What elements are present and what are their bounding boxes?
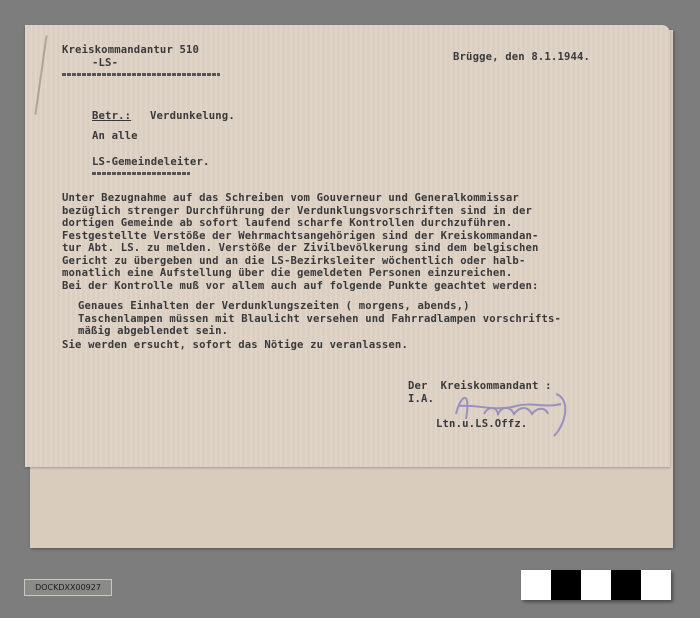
header-department: -LS-	[92, 57, 118, 70]
point-line: Taschenlampen müssen mit Blaulicht verse…	[78, 313, 561, 326]
body-line: Festgestellte Verstöße der Wehrmachtsang…	[62, 230, 539, 243]
body-line: Gericht zu übergeben und an die LS-Bezir…	[62, 255, 526, 268]
signature-block-ia: I.A.	[408, 393, 434, 406]
body-line: monatlich eine Aufstellung über die geme…	[62, 267, 512, 280]
body-line: dortigen Gemeinde ab sofort laufend scha…	[62, 217, 512, 230]
scale-swatch	[581, 570, 611, 600]
place-date: Brügge, den 8.1.1944.	[453, 51, 590, 64]
closing-line: Sie werden ersucht, sofort das Nötige zu…	[62, 339, 408, 352]
recipient-rule	[92, 172, 190, 175]
scale-swatch	[611, 570, 641, 600]
recipient-line-2: LS-Gemeindeleiter.	[92, 156, 210, 169]
body-line: tur Abt. LS. zu melden. Verstöße der Ziv…	[62, 242, 539, 255]
recipient-line-1: An alle	[92, 130, 138, 143]
point-line: Genaues Einhalten der Verdunklungszeiten…	[78, 300, 470, 313]
archive-id-label: DOCKDXX00927	[24, 579, 112, 596]
color-scale-bar	[521, 570, 671, 600]
scale-swatch	[521, 570, 551, 600]
body-line: bezüglich strenger Durchführung der Verd…	[62, 205, 532, 218]
scale-swatch	[551, 570, 581, 600]
body-line: Bei der Kontrolle muß vor allem auch auf…	[62, 280, 539, 293]
body-line: Unter Bezugnahme auf das Schreiben vom G…	[62, 192, 519, 205]
point-line: mäßig abgeblendet sein.	[78, 325, 228, 338]
scale-swatch	[641, 570, 671, 600]
subject-label: Betr.:	[92, 110, 131, 123]
header-rule	[62, 73, 220, 76]
handwritten-signature	[436, 384, 586, 444]
subject: Verdunkelung.	[150, 110, 235, 123]
header-office: Kreiskommandantur 510	[62, 44, 199, 57]
